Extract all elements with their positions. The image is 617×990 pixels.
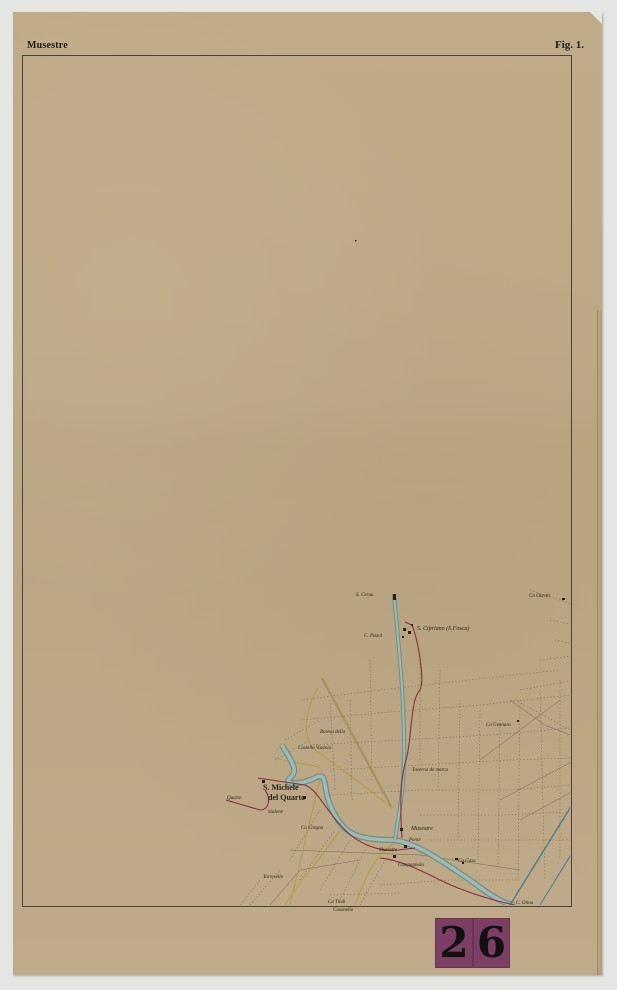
- place-label: del Quarto: [268, 793, 305, 802]
- place-label: Ca Tiodi: [328, 900, 345, 905]
- place-label: Ca Ozzetti: [529, 594, 550, 599]
- place-label: Musestre: [379, 848, 397, 853]
- place-label: Castello Vazzola: [298, 746, 331, 751]
- place-label: Ca Gaza: [458, 859, 476, 864]
- place-label: Quarto: [227, 796, 241, 801]
- straight-dike: [322, 678, 392, 808]
- place-label: Campagnola: [398, 863, 424, 868]
- place-label: S. Michele: [263, 783, 299, 792]
- buildings: [262, 240, 577, 909]
- place-label: Taverna de marca: [412, 768, 448, 773]
- field-boundaries: [240, 590, 580, 905]
- place-label: S. Cipriano (S.Fosca): [417, 626, 469, 632]
- place-label: Ca Gennaro: [486, 723, 511, 728]
- sheet-number-digit: 2: [435, 918, 473, 968]
- place-label: S. Cerau: [356, 593, 374, 598]
- place-label: Musestre: [411, 826, 433, 832]
- sheet-number-digit: 6: [473, 918, 510, 968]
- place-label: Casonello: [333, 908, 353, 913]
- sheet-number-label: 2 6: [435, 918, 510, 968]
- place-label: Ponte: [409, 838, 421, 843]
- map-drawing: [0, 0, 617, 990]
- place-label: Boteva della: [320, 730, 345, 735]
- place-label: C. Olina: [516, 901, 533, 906]
- place-label: Ca Corgna: [301, 826, 323, 831]
- place-label: Stalone: [268, 810, 283, 815]
- place-label: Torreselle: [263, 875, 283, 880]
- place-label: C. Pizzol: [364, 634, 382, 639]
